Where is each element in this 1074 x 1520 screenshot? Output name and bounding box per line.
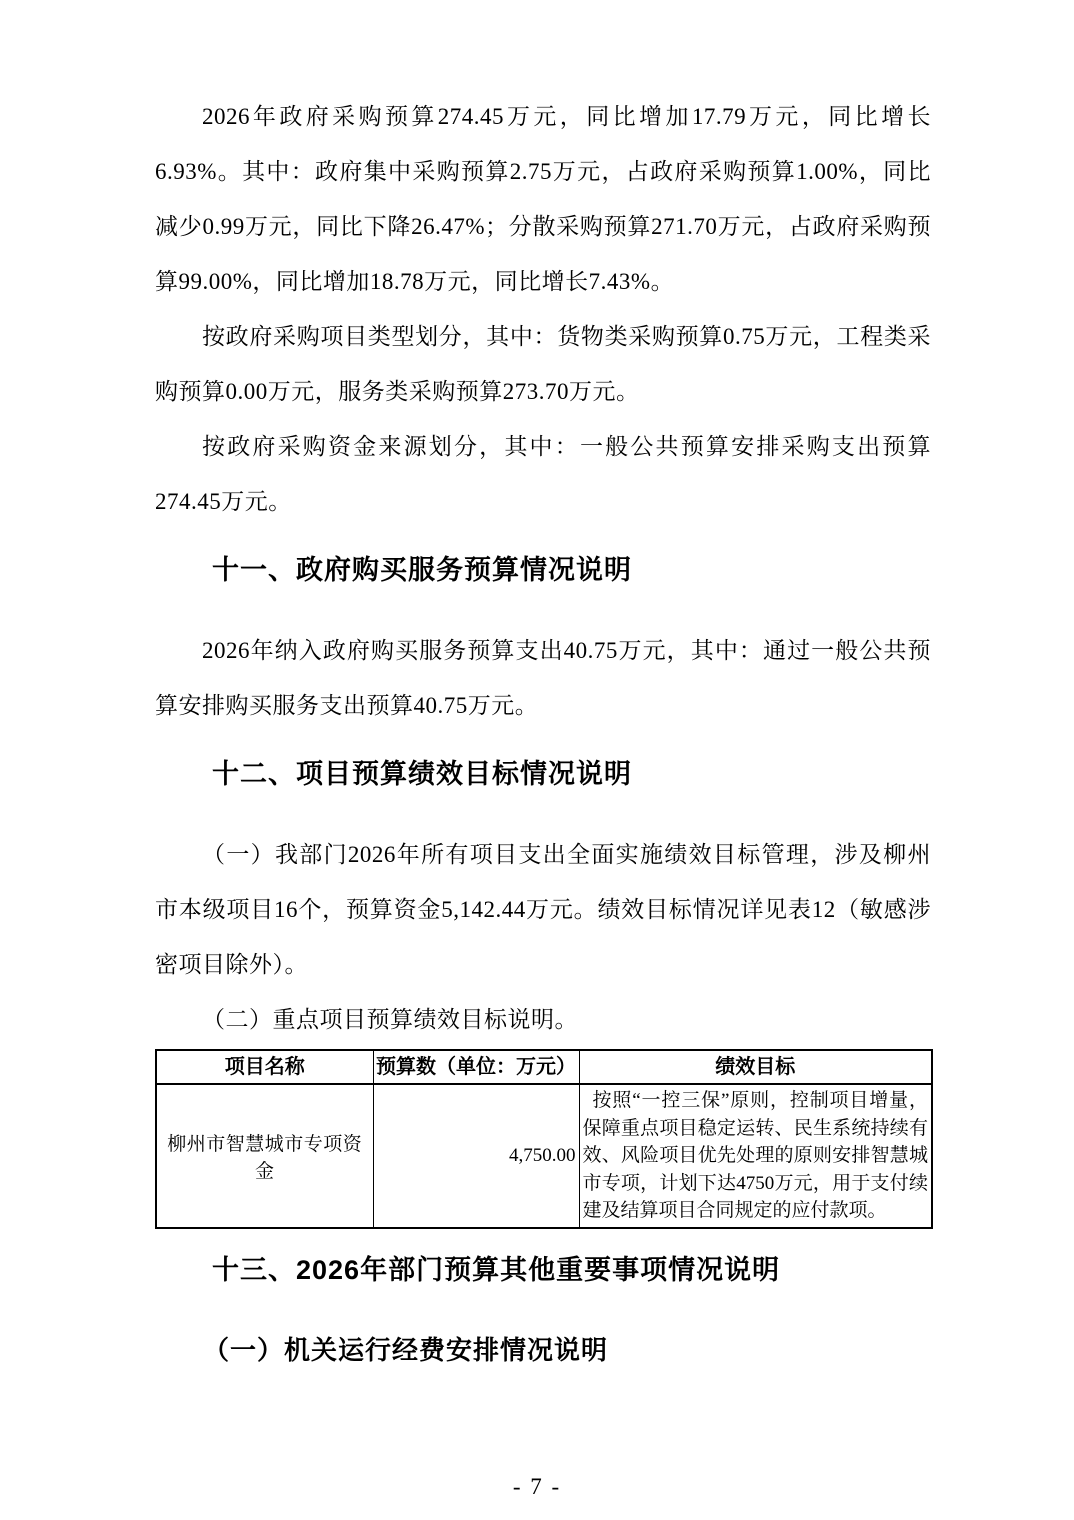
document-content: 2026年政府采购预算274.45万元，同比增加17.79万元，同比增长6.93… <box>155 89 931 1378</box>
paragraph-performance-overview: （一）我部门2026年所有项目支出全面实施绩效目标管理，涉及柳州市本级项目16个… <box>155 827 931 992</box>
table-header-budget: 预算数（单位：万元） <box>373 1050 579 1084</box>
heading-section-13-1: （一）机关运行经费安排情况说明 <box>155 1323 931 1378</box>
performance-target-table: 项目名称 预算数（单位：万元） 绩效目标 柳州市智慧城市专项资金 4,750.0… <box>155 1049 933 1229</box>
paragraph-key-project-intro: （二）重点项目预算绩效目标说明。 <box>155 992 931 1047</box>
paragraph-purchase-service: 2026年纳入政府购买服务预算支出40.75万元，其中：通过一般公共预算安排购买… <box>155 623 931 733</box>
table-cell-performance-target: 按照“一控三保”原则，控制项目增量，保障重点项目稳定运转、民生系统持续有效、风险… <box>579 1084 932 1228</box>
paragraph-procurement-by-type: 按政府采购项目类型划分，其中：货物类采购预算0.75万元，工程类采购预算0.00… <box>155 309 931 419</box>
document-page: 2026年政府采购预算274.45万元，同比增加17.79万元，同比增长6.93… <box>0 0 1074 1520</box>
table-cell-budget: 4,750.00 <box>373 1084 579 1228</box>
heading-section-13: 十三、2026年部门预算其他重要事项情况说明 <box>155 1243 931 1298</box>
heading-section-12: 十二、项目预算绩效目标情况说明 <box>155 747 931 802</box>
table-header-performance-target: 绩效目标 <box>579 1050 932 1084</box>
paragraph-procurement-by-source: 按政府采购资金来源划分，其中：一般公共预算安排采购支出预算274.45万元。 <box>155 419 931 529</box>
paragraph-procurement-overview: 2026年政府采购预算274.45万元，同比增加17.79万元，同比增长6.93… <box>155 89 931 309</box>
heading-section-11: 十一、政府购买服务预算情况说明 <box>155 543 931 598</box>
table-cell-project-name: 柳州市智慧城市专项资金 <box>156 1084 373 1228</box>
table-row: 柳州市智慧城市专项资金 4,750.00 按照“一控三保”原则，控制项目增量，保… <box>156 1084 932 1228</box>
table-header-row: 项目名称 预算数（单位：万元） 绩效目标 <box>156 1050 932 1084</box>
table-header-project-name: 项目名称 <box>156 1050 373 1084</box>
page-number: - 7 - <box>0 1472 1074 1502</box>
